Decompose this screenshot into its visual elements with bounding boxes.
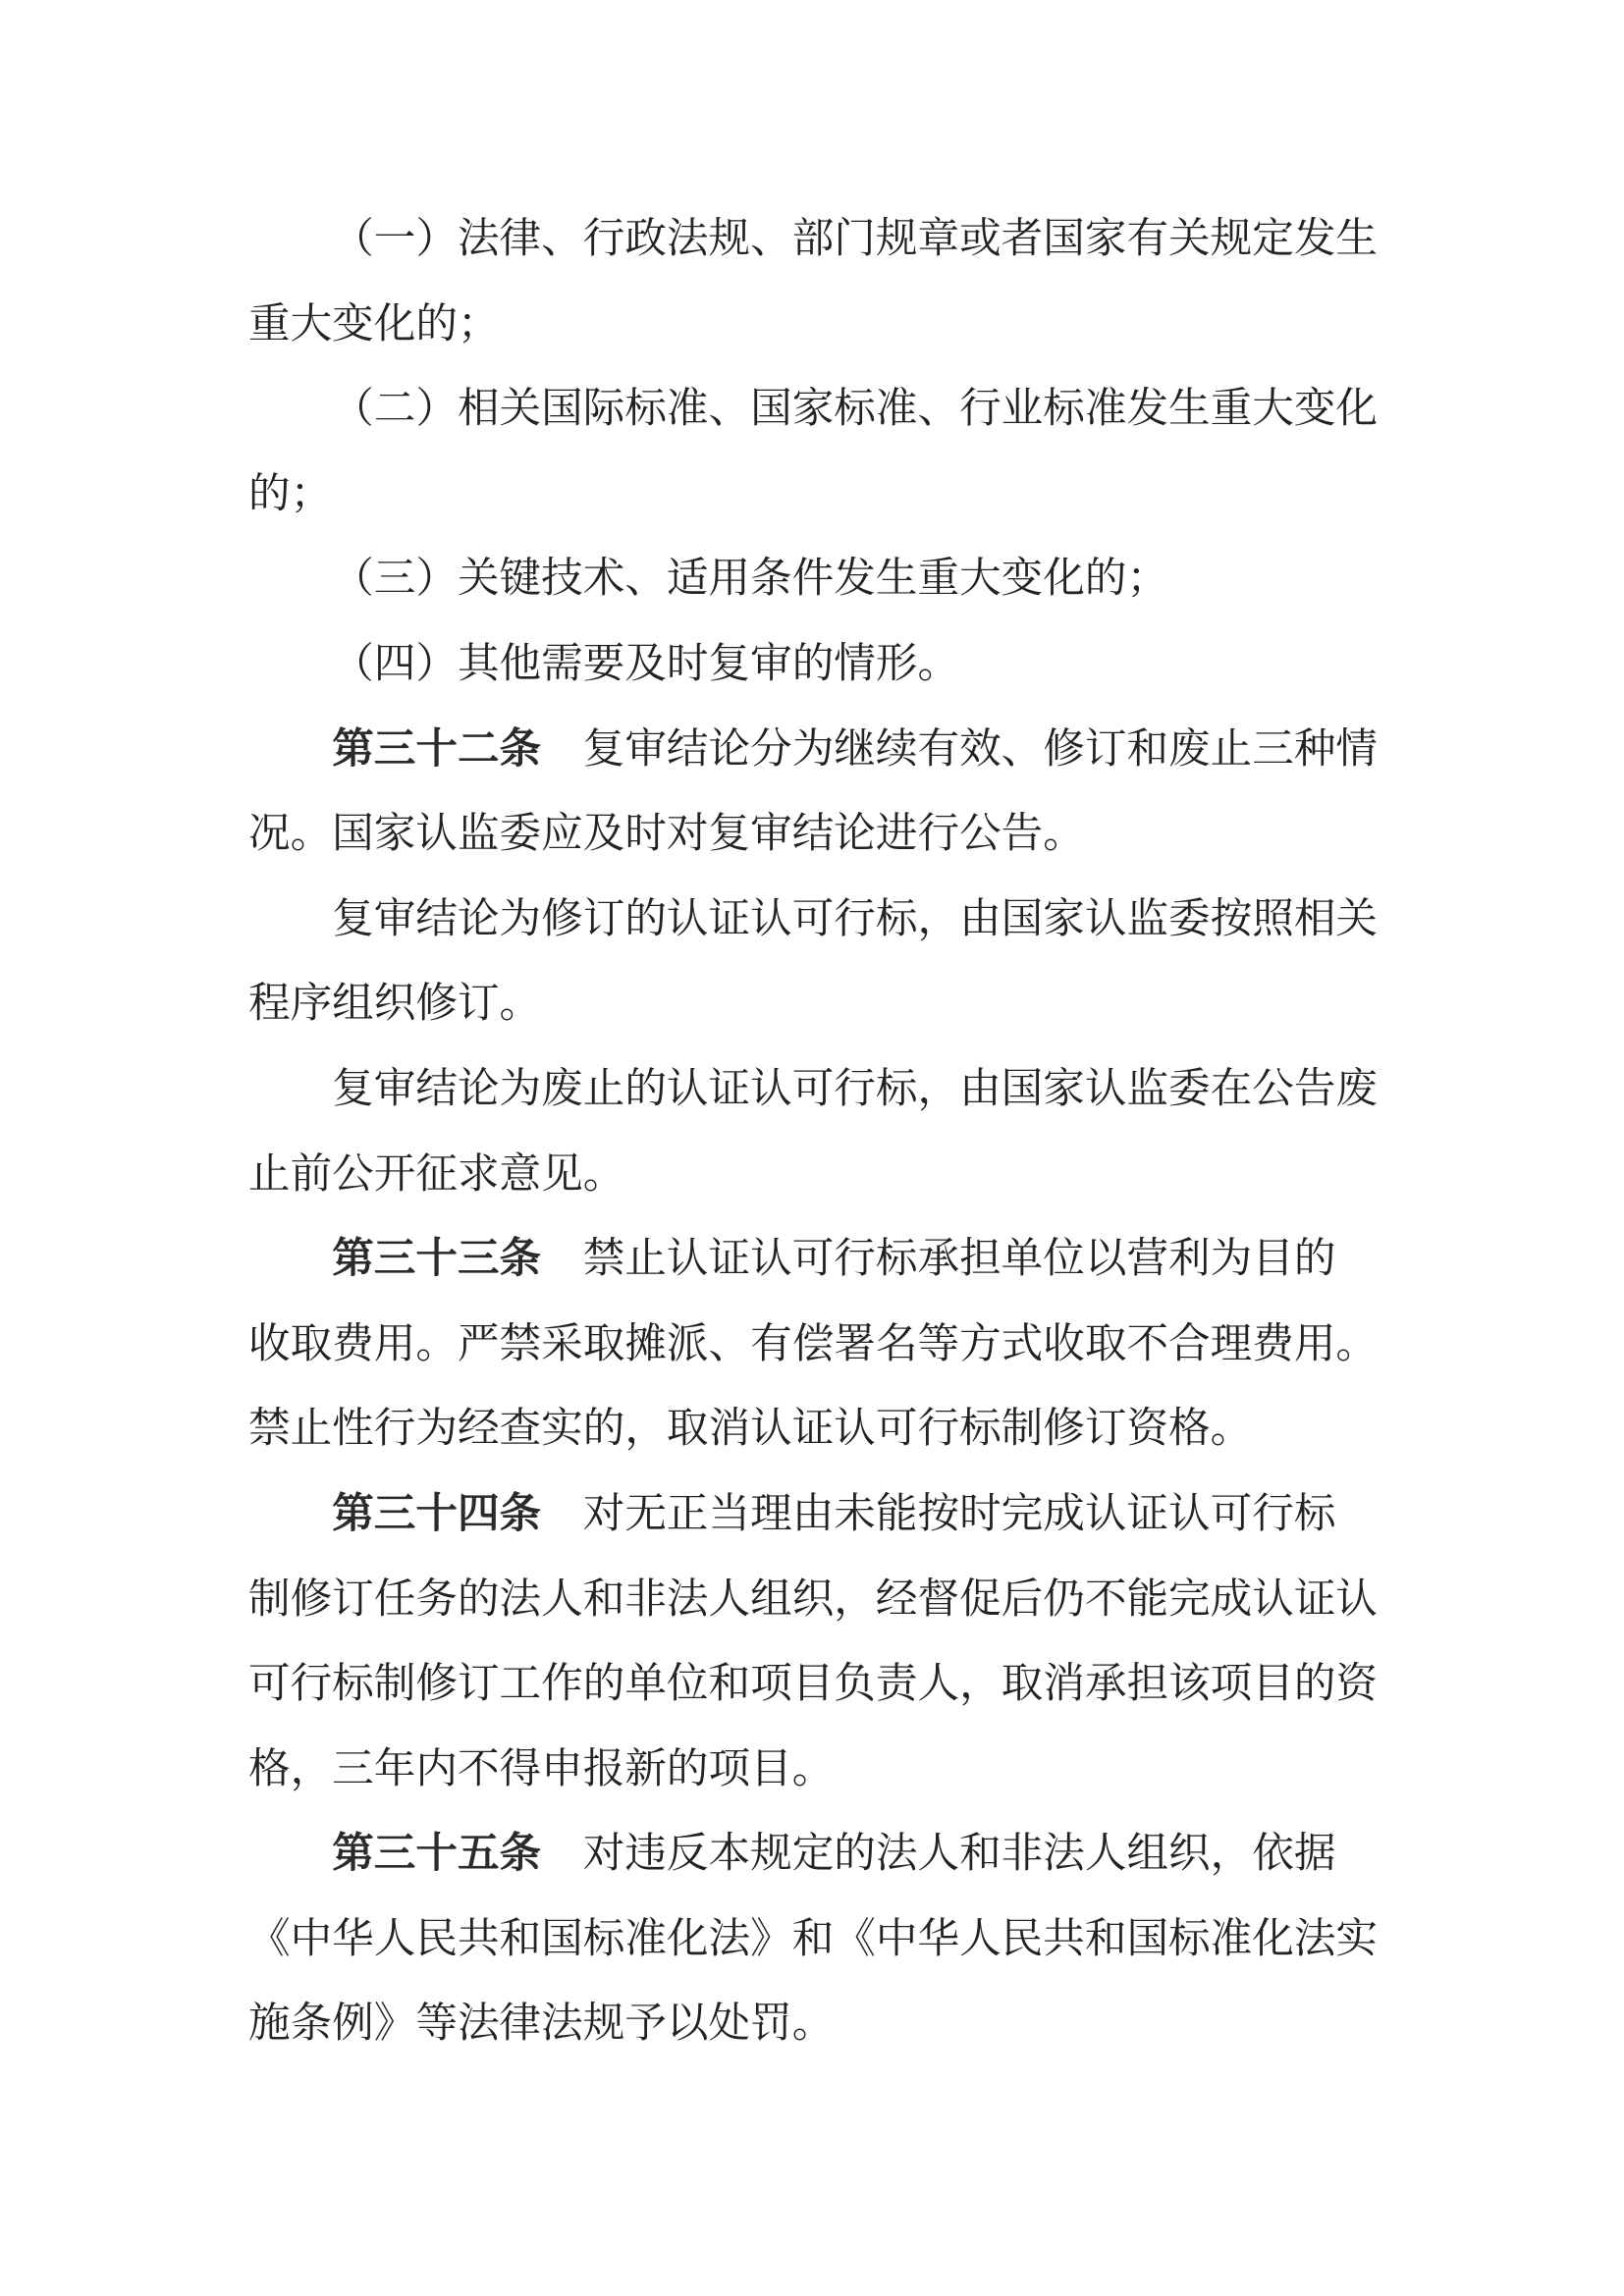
paragraph-abolition: 复审结论为废止的认证认可行标，由国家认监委在公告废 止前公开征求意见。 bbox=[248, 1046, 1378, 1216]
article-33: 第三十三条禁止认证认可行标承担单位以营利为目的 收取费用。严禁采取摊派、有偿署名… bbox=[248, 1216, 1378, 1471]
text-line: 重大变化的； bbox=[248, 282, 1378, 367]
article-first-line: 第三十五条对违反本规定的法人和非法人组织，依据 bbox=[248, 1811, 1378, 1896]
article-first-line: 第三十二条复审结论分为继续有效、修订和废止三种情 bbox=[248, 707, 1378, 792]
list-item-1: （一）法律、行政法规、部门规章或者国家有关规定发生 重大变化的； bbox=[248, 196, 1378, 366]
article-text: 禁止认证认可行标承担单位以营利为目的 bbox=[583, 1234, 1336, 1283]
article-text: 对违反本规定的法人和非法人组织，依据 bbox=[583, 1829, 1336, 1878]
article-32: 第三十二条复审结论分为继续有效、修订和废止三种情 况。国家认监委应及时对复审结论… bbox=[248, 707, 1378, 877]
text-line: （四）其他需要及时复审的情形。 bbox=[248, 621, 1378, 707]
list-item-3: （三）关键技术、适用条件发生重大变化的； bbox=[248, 536, 1378, 621]
article-text: 复审结论分为继续有效、修订和废止三种情 bbox=[583, 724, 1378, 774]
article-label: 第三十四条 bbox=[332, 1489, 541, 1538]
article-35: 第三十五条对违反本规定的法人和非法人组织，依据 《中华人民共和国标准化法》和《中… bbox=[248, 1811, 1378, 2066]
article-34: 第三十四条对无正当理由未能按时完成认证认可行标 制修订任务的法人和非法人组织，经… bbox=[248, 1471, 1378, 1811]
text-line: 复审结论为修订的认证认可行标，由国家认监委按照相关 bbox=[248, 877, 1378, 962]
article-label: 第三十三条 bbox=[332, 1234, 541, 1283]
text-line: 格，三年内不得申报新的项目。 bbox=[248, 1727, 1378, 1812]
article-text: 对无正当理由未能按时完成认证认可行标 bbox=[583, 1489, 1336, 1538]
text-line: 况。国家认监委应及时对复审结论进行公告。 bbox=[248, 791, 1378, 877]
article-first-line: 第三十三条禁止认证认可行标承担单位以营利为目的 bbox=[248, 1216, 1378, 1302]
text-line: （二）相关国际标准、国家标准、行业标准发生重大变化 bbox=[248, 366, 1378, 452]
article-label: 第三十五条 bbox=[332, 1829, 541, 1878]
text-line: （三）关键技术、适用条件发生重大变化的； bbox=[248, 536, 1378, 621]
article-label: 第三十二条 bbox=[332, 724, 541, 774]
text-line: 复审结论为废止的认证认可行标，由国家认监委在公告废 bbox=[248, 1046, 1378, 1132]
document-page: （一）法律、行政法规、部门规章或者国家有关规定发生 重大变化的； （二）相关国际… bbox=[0, 0, 1624, 2296]
text-line: 《中华人民共和国标准化法》和《中华人民共和国标准化法实 bbox=[248, 1896, 1378, 1982]
text-line: 止前公开征求意见。 bbox=[248, 1132, 1378, 1217]
text-line: 禁止性行为经查实的，取消认证认可行标制修订资格。 bbox=[248, 1386, 1378, 1471]
text-line: 制修订任务的法人和非法人组织，经督促后仍不能完成认证认 bbox=[248, 1557, 1378, 1642]
list-item-4: （四）其他需要及时复审的情形。 bbox=[248, 621, 1378, 707]
text-line: 程序组织修订。 bbox=[248, 961, 1378, 1046]
text-line: 施条例》等法律法规予以处罚。 bbox=[248, 1981, 1378, 2066]
text-line: （一）法律、行政法规、部门规章或者国家有关规定发生 bbox=[248, 196, 1378, 282]
article-first-line: 第三十四条对无正当理由未能按时完成认证认可行标 bbox=[248, 1471, 1378, 1557]
document-body: （一）法律、行政法规、部门规章或者国家有关规定发生 重大变化的； （二）相关国际… bbox=[248, 196, 1378, 2066]
text-line: 的； bbox=[248, 452, 1378, 537]
paragraph-revision: 复审结论为修订的认证认可行标，由国家认监委按照相关 程序组织修订。 bbox=[248, 877, 1378, 1046]
text-line: 收取费用。严禁采取摊派、有偿署名等方式收取不合理费用。 bbox=[248, 1302, 1378, 1387]
text-line: 可行标制修订工作的单位和项目负责人，取消承担该项目的资 bbox=[248, 1641, 1378, 1727]
list-item-2: （二）相关国际标准、国家标准、行业标准发生重大变化 的； bbox=[248, 366, 1378, 536]
